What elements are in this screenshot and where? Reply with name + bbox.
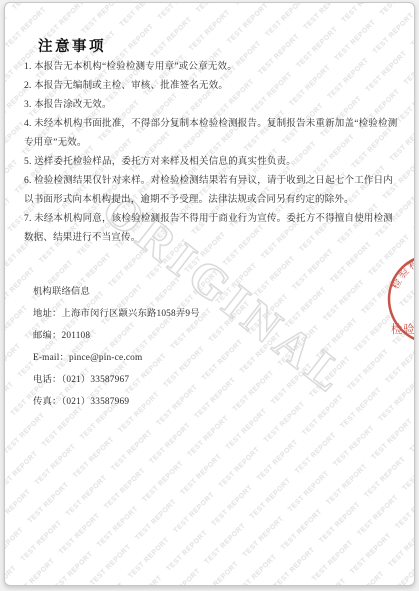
contact-row-phone: 电话：（021）33587967 — [33, 374, 200, 388]
contact-value: 201108 — [62, 331, 91, 341]
stamp-band-text: 检验检测专用章 — [391, 322, 415, 336]
contact-row-postcode: 邮编：201108 — [33, 330, 200, 344]
notice-item-1: 1. 本报告无本机构“检验检测专用章”或公章无效。 — [24, 58, 402, 77]
notice-item-5: 5. 送样委托检验样品，委托方对来样及相关信息的真实性负责。 — [24, 153, 402, 172]
notice-content: 注意事项 1. 本报告无本机构“检验检测专用章”或公章无效。 2. 本报告无编制… — [24, 37, 402, 248]
contact-label: 地址： — [33, 309, 62, 319]
contact-row-email: E-mail：pince@pin-ce.com — [33, 352, 200, 366]
stamp-arc-text: 检验检测 — [389, 253, 415, 291]
contact-row-address: 地址：上海市闵行区颛兴东路1058弄9号 — [33, 308, 200, 322]
contact-label: 电话： — [33, 375, 62, 385]
notice-item-2: 2. 本报告无编制或主检、审核、批准签名无效。 — [24, 77, 402, 96]
contact-heading: 机构联络信息 — [33, 286, 200, 300]
notice-item-3: 3. 本报告涂改无效。 — [24, 96, 402, 115]
notice-item-7: 7. 未经本机构同意，该检验检测报告不得用于商业行为宣传。委托方不得擅自使用检测… — [24, 210, 402, 248]
notice-list: 1. 本报告无本机构“检验检测专用章”或公章无效。 2. 本报告无编制或主检、审… — [24, 58, 402, 248]
contact-value: （021）33587967 — [62, 375, 130, 385]
stamp-star-icon — [409, 273, 415, 321]
contact-block: 机构联络信息 地址：上海市闵行区颛兴东路1058弄9号 邮编：201108 E-… — [33, 286, 200, 418]
notice-item-6: 6. 检验检测结果仅针对来样。对检验检测结果若有异议，请于收到之日起七个工作日内… — [24, 172, 402, 210]
report-page: TEST REPORT TEST REPORT TEST REPORT ORIG… — [4, 2, 415, 586]
contact-value: 上海市闵行区颛兴东路1058弄9号 — [62, 309, 200, 319]
notice-item-4: 4. 未经本机构书面批准，不得部分复制本检验检测报告。复制报告未重新加盖“检验检… — [24, 115, 402, 153]
contact-value: pince@pin-ce.com — [69, 353, 142, 363]
svg-text:检验检测: 检验检测 — [389, 253, 415, 291]
contact-value: （021）33587969 — [62, 397, 130, 407]
contact-label: 邮编： — [33, 331, 62, 341]
contact-label: E-mail： — [33, 353, 69, 363]
contact-label: 传真： — [33, 397, 62, 407]
page-title: 注意事项 — [38, 37, 402, 57]
contact-row-fax: 传真：（021）33587969 — [33, 396, 200, 410]
red-stamp: 检验检测 检验检测专用章 — [386, 252, 415, 346]
